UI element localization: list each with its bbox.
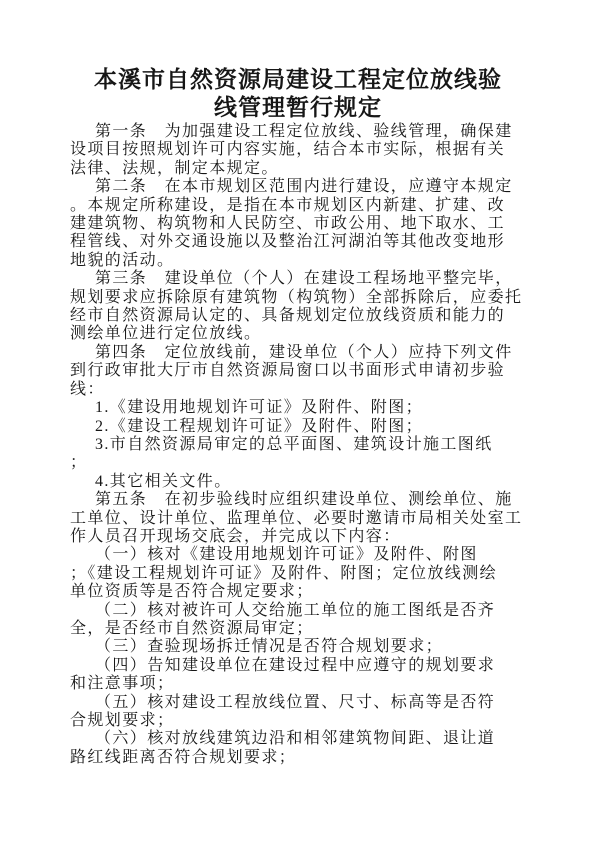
sub-item-6: （六）核对放线建筑边沿和相邻建筑物间距、退让道 路红线距离否符合规划要求；: [70, 730, 575, 767]
article-1-paragraph: 第一条 为加强建设工程定位放线、验线管理，确保建 设项目按照规划许可内容实施，结…: [70, 123, 575, 178]
document-page: 本溪市自然资源局建设工程定位放线验 线管理暂行规定 第一条 为加强建设工程定位放…: [0, 0, 596, 842]
list-item-2: 2.《建设工程规划许可证》及附件、附图；: [70, 418, 575, 436]
document-title: 本溪市自然资源局建设工程定位放线验 线管理暂行规定: [0, 0, 596, 122]
sub-item-3: （三）查验现场拆迁情况是否符合规划要求；: [70, 638, 575, 656]
sub-item-2: （二）核对被许可人交给施工单位的施工图纸是否齐 全，是否经市自然资源局审定；: [70, 602, 575, 639]
sub-item-1: （一）核对《建设用地规划许可证》及附件、附图 ；《建设工程规划许可证》及附件、附…: [70, 546, 575, 601]
list-item-4: 4.其它相关文件。: [70, 473, 575, 491]
list-item-3: 3.市自然资源局审定的总平面图、建筑设计施工图纸 ；: [70, 436, 575, 473]
article-3-paragraph: 第三条 建设单位（个人）在建设工程场地平整完毕， 规划要求应拆除原有建筑物（构筑…: [70, 270, 575, 344]
article-5-paragraph: 第五条 在初步验线时应组织建设单位、测绘单位、施 工单位、设计单位、监理单位、必…: [70, 491, 575, 546]
article-2-paragraph: 第二条 在本市规划区范围内进行建设，应遵守本规定 。本规定所称建设，是指在本市规…: [70, 178, 575, 270]
document-body: 第一条 为加强建设工程定位放线、验线管理，确保建 设项目按照规划许可内容实施，结…: [70, 123, 575, 767]
sub-item-5: （五）核对建设工程放线位置、尺寸、标高等是否符 合规划要求；: [70, 694, 575, 731]
article-4-paragraph: 第四条 定位放线前，建设单位（个人）应持下列文件 到行政审批大厅市自然资源局窗口…: [70, 344, 575, 399]
list-item-1: 1.《建设用地规划许可证》及附件、附图；: [70, 399, 575, 417]
sub-item-4: （四）告知建设单位在建设过程中应遵守的规划要求 和注意事项；: [70, 657, 575, 694]
